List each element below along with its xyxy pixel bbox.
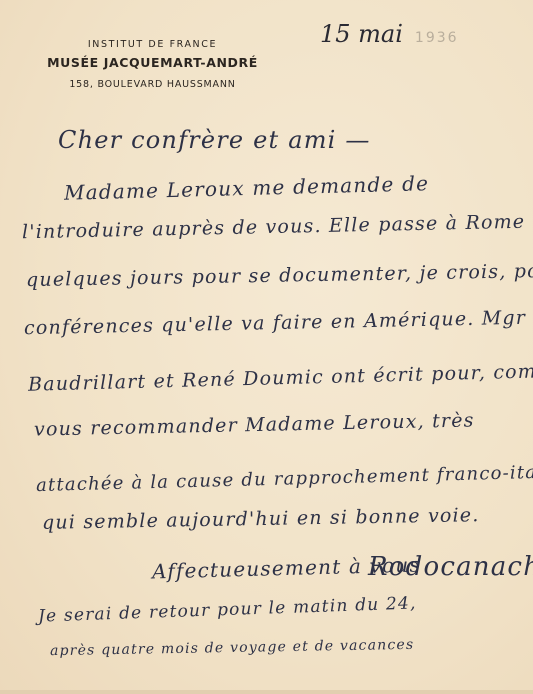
letter-line: vous recommander Madame Leroux, très	[34, 409, 475, 440]
salutation: Cher confrère et ami —	[58, 126, 371, 154]
postscript-line: après quatre mois de voyage et de vacanc…	[50, 637, 415, 659]
signature: Rodocanachi	[368, 552, 533, 582]
letter-date: 15 mai1936	[320, 20, 459, 48]
letter-line: l'introduire auprès de vous. Elle passe …	[22, 211, 526, 244]
date-handwritten: 15 mai	[320, 20, 403, 48]
date-pencil-year: 1936	[415, 30, 459, 46]
letterhead-museum: MUSÉE JACQUEMART-ANDRÉ	[30, 52, 275, 74]
letter-line: quelques jours pour se documenter, je cr…	[26, 259, 533, 291]
letter-line: qui semble aujourd'hui en si bonne voie.	[42, 504, 480, 534]
letter-line: Madame Leroux me demande de	[64, 171, 430, 205]
letter-line: Baudrillart et René Doumic ont écrit pou…	[28, 358, 533, 396]
letterhead: INSTITUT DE FRANCE MUSÉE JACQUEMART-ANDR…	[30, 38, 275, 96]
postscript-line: Je serai de retour pour le matin du 24,	[38, 593, 417, 626]
letterhead-institution: INSTITUT DE FRANCE	[30, 38, 275, 52]
letter-line: conférences qu'elle va faire en Amérique…	[24, 307, 526, 340]
letter-line: attachée à la cause du rapprochement fra…	[36, 461, 533, 496]
letterhead-address: 158, BOULEVARD HAUSSMANN	[30, 74, 275, 96]
letter-sheet: INSTITUT DE FRANCE MUSÉE JACQUEMART-ANDR…	[0, 0, 533, 694]
